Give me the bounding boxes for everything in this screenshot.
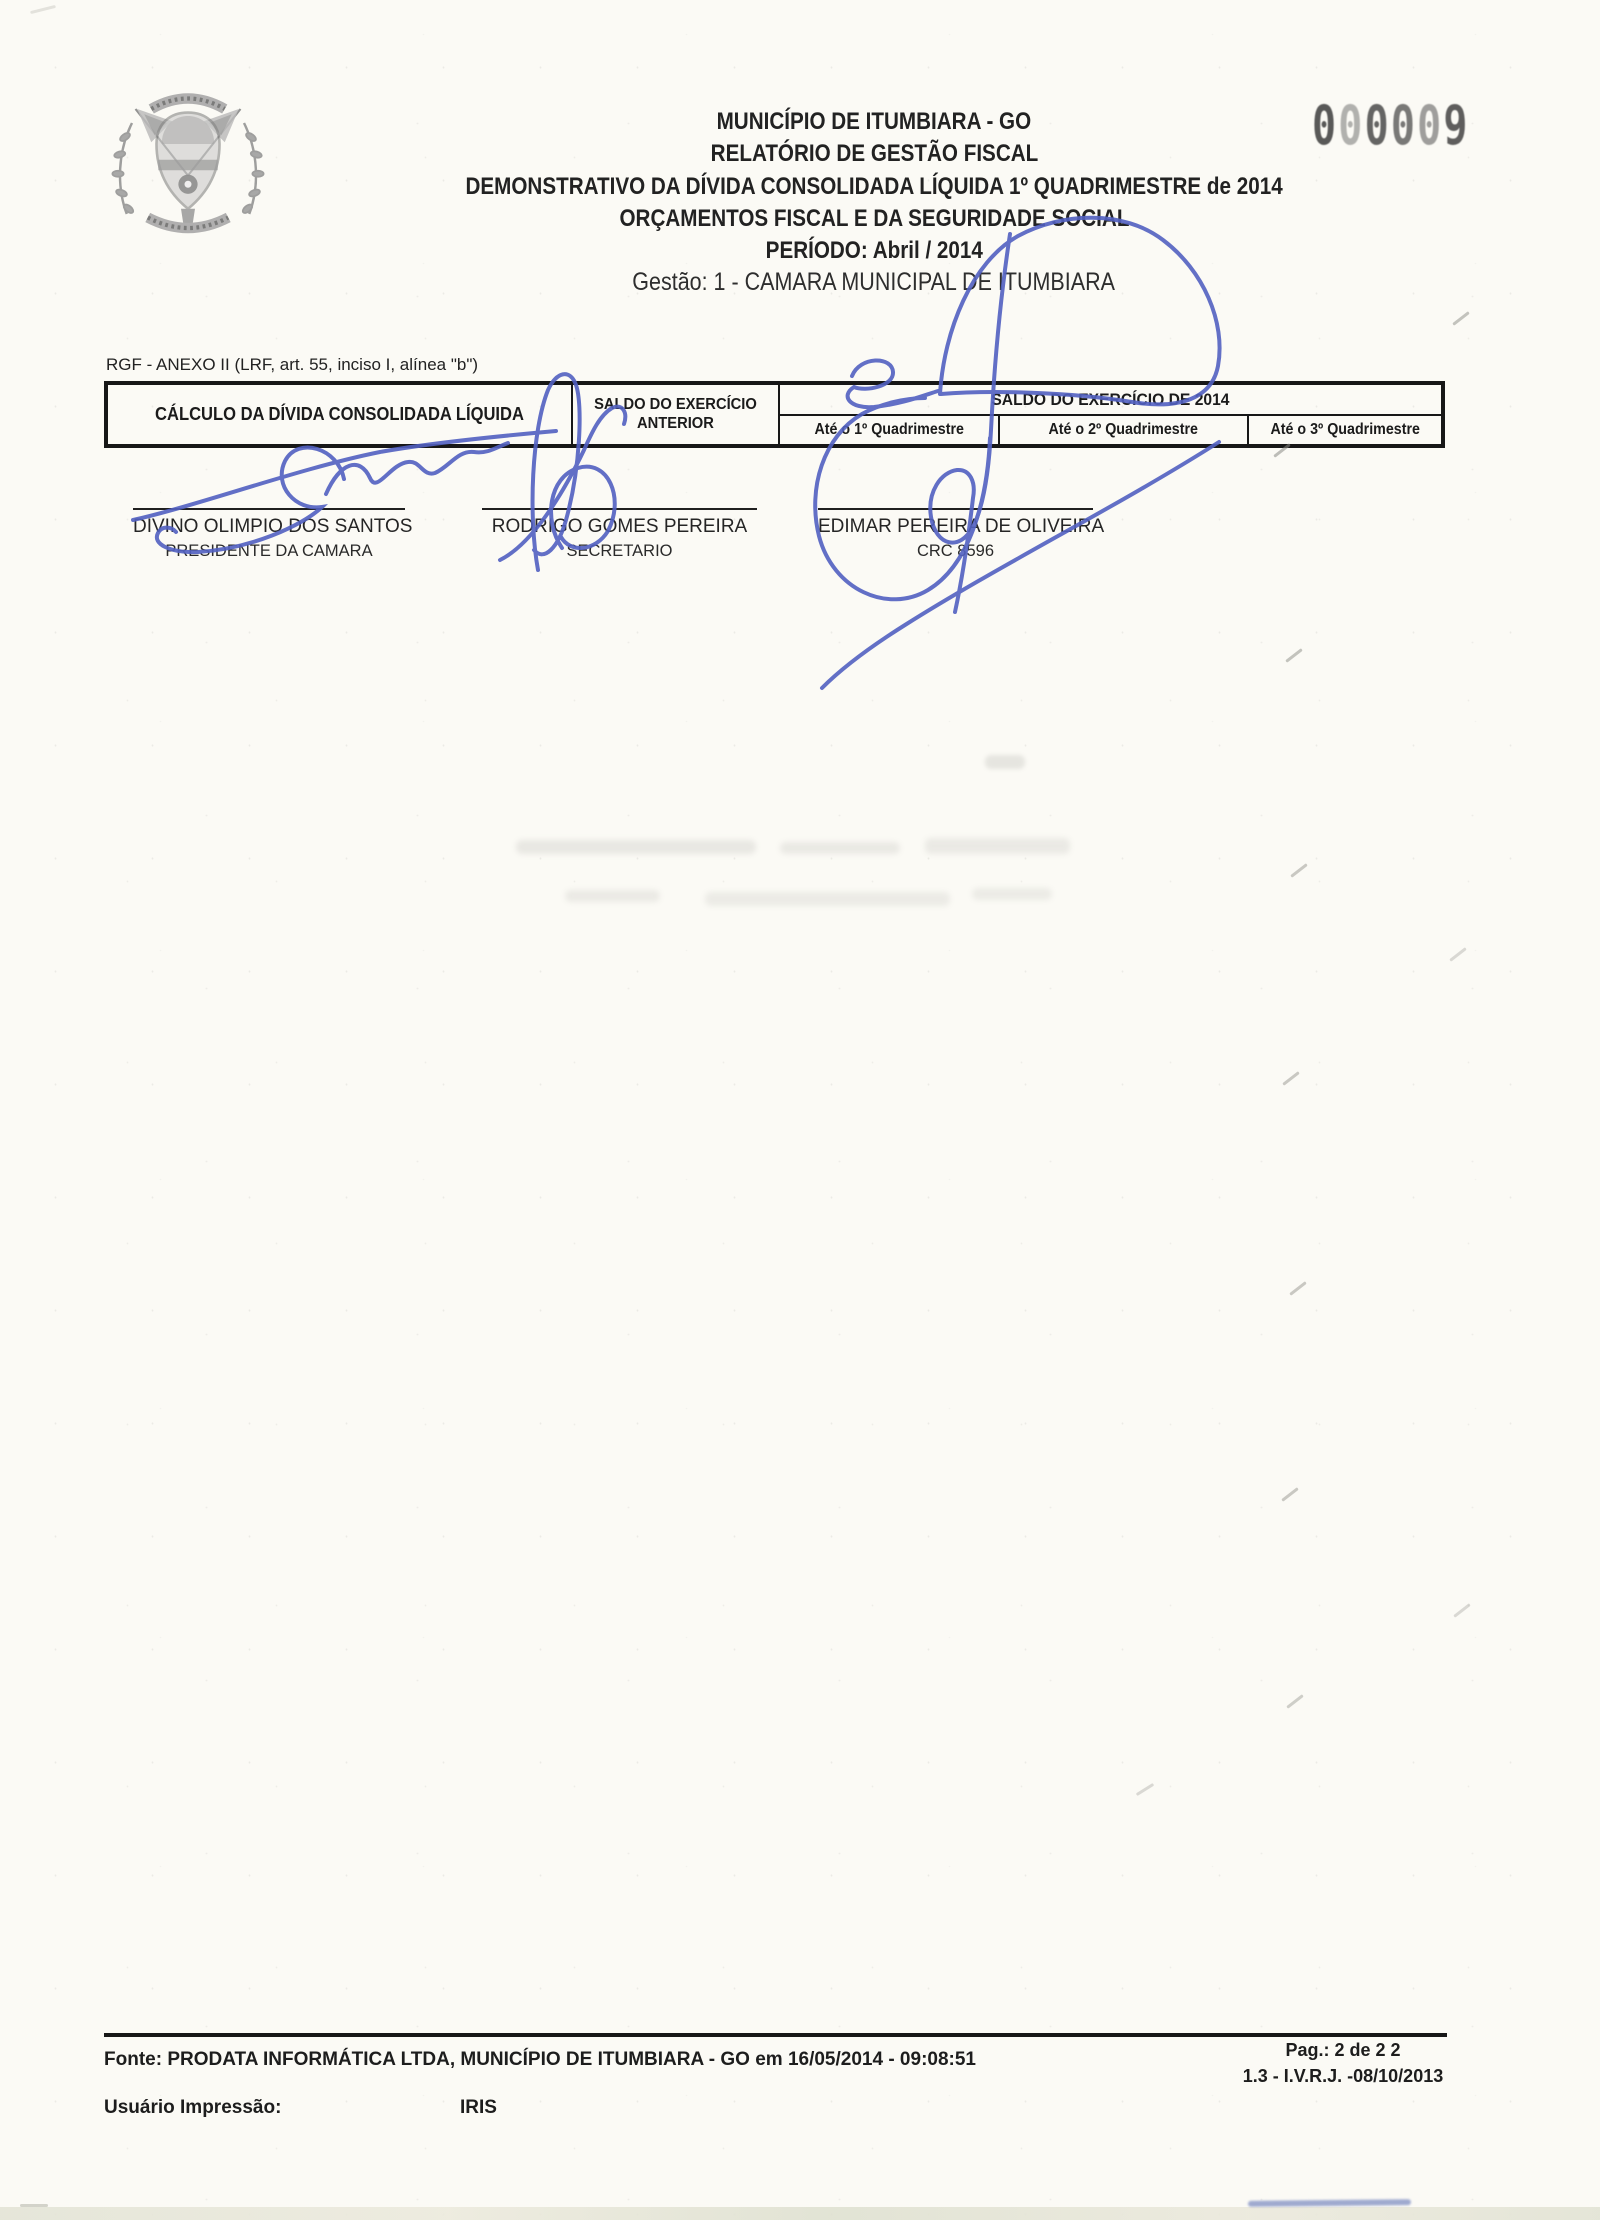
scan-tick-mark [1452,311,1470,326]
table-header-q3: Até o 3º Quadrimestre [1249,416,1441,444]
scan-tick-mark [30,5,56,14]
signature-block-president: DIVINO OLIMPIO DOS SANTOS PRESIDENTE DA … [133,508,405,561]
scan-tick-mark [1282,1071,1300,1086]
footer-print-user-value: IRIS [460,2097,497,2119]
signature-line [818,508,1093,510]
signature-president-ink [326,443,508,494]
debt-calculation-table: CÁLCULO DA DÍVIDA CONSOLIDADA LÍQUIDA SA… [104,381,1445,448]
scan-bottom-corner-mark [20,2204,48,2207]
bleedthrough-smudge [985,755,1025,769]
bleedthrough-smudge [925,838,1070,854]
bleedthrough-smudge [516,840,756,854]
scan-tick-mark [1453,1603,1471,1618]
handwritten-signatures-overlay [0,0,1600,2220]
header-budgets: ORÇAMENTOS FISCAL E DA SEGURIDADE SOCIAL [74,205,1600,233]
table-header-calculation: CÁLCULO DA DÍVIDA CONSOLIDADA LÍQUIDA [108,385,573,444]
header-statement-title: DEMONSTRATIVO DA DÍVIDA CONSOLIDADA LÍQU… [74,173,1600,201]
table-header-previous-balance: SALDO DO EXERCÍCIO ANTERIOR [573,385,780,444]
signature-accountant-ink [822,442,1219,688]
previous-balance-line2: ANTERIOR [594,415,757,433]
signatory-role: PRESIDENTE DA CAMARA [133,542,405,561]
table-header-q1: Até o 1º Quadrimestre [780,416,1000,444]
footer-version: 1.3 - I.V.R.J. -08/10/2013 [1212,2066,1474,2087]
scan-tick-mark [1449,947,1467,962]
header-management-entity: Gestão: 1 - CAMARA MUNICIPAL DE ITUMBIAR… [74,268,1600,297]
footer-page-number: Pag.: 2 de 2 2 [1212,2040,1474,2061]
scan-tick-mark [1285,648,1303,663]
footer-print-user-label: Usuário Impressão: [104,2097,281,2119]
footer-source: Fonte: PRODATA INFORMÁTICA LTDA, MUNICÍP… [104,2049,976,2071]
signature-line [482,508,757,510]
table-header-2014-group: SALDO DO EXERCÍCIO DE 2014 Até o 1º Quad… [780,385,1441,444]
bleedthrough-smudge [565,890,660,902]
scan-tick-mark [1136,1783,1155,1796]
signature-block-secretary: RODRIGO GOMES PEREIRA SECRETARIO [482,508,757,561]
scan-tick-mark [1290,863,1308,878]
bleedthrough-smudge [972,888,1052,900]
scan-bottom-blue-mark [1248,2199,1411,2207]
signatory-role: SECRETARIO [482,542,757,561]
signatory-name: EDIMAR PEREIRA DE OLIVEIRA [818,516,1093,538]
scanned-fiscal-report-page: { "document": { "stamp": "000009", "logo… [0,0,1600,2220]
table-header-balance-2014: SALDO DO EXERCÍCIO DE 2014 [780,385,1441,416]
bleedthrough-smudge [705,892,950,906]
signatory-name: RODRIGO GOMES PEREIRA [482,516,757,538]
header-period: PERÍODO: Abril / 2014 [74,237,1600,265]
signature-line [133,508,405,510]
previous-balance-line1: SALDO DO EXERCÍCIO [594,396,757,414]
signature-block-accountant: EDIMAR PEREIRA DE OLIVEIRA CRC 8596 [818,508,1093,561]
signatory-role: CRC 8596 [818,542,1093,561]
page-number-stamp: 000009 [1312,94,1525,157]
scan-tick-mark [1286,1694,1304,1709]
signatory-name: DIVINO OLIMPIO DOS SANTOS [133,516,405,538]
scan-tick-mark [1289,1281,1307,1296]
footer-rule [104,2033,1447,2037]
scan-bottom-edge [0,2207,1600,2220]
bleedthrough-smudge [780,842,900,854]
table-header-q2: Até o 2º Quadrimestre [1000,416,1249,444]
annex-reference-note: RGF - ANEXO II (LRF, art. 55, inciso I, … [106,355,478,375]
scan-tick-mark [1281,1487,1299,1502]
